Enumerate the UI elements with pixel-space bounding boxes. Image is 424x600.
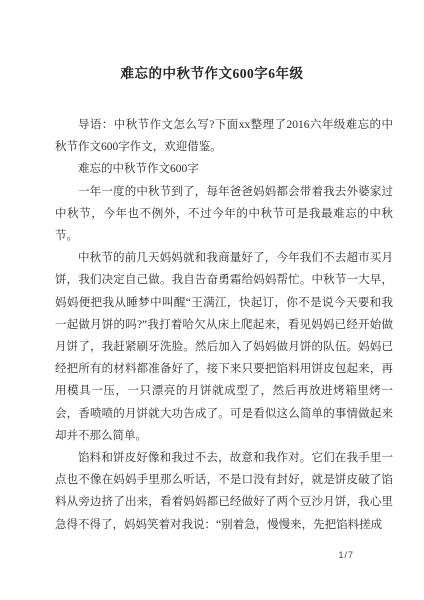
page-number: 1/7 <box>338 550 354 560</box>
paragraph: 导语：中秋节作文怎么写?下面xx整理了2016六年级难忘的中秋节作文600字作文… <box>55 114 393 158</box>
paragraph: 中秋节的前几天妈妈就和我商量好了，今年我们不去超市买月饼，我们决定自己做。我自告… <box>55 247 393 447</box>
essay-body: 导语：中秋节作文怎么写?下面xx整理了2016六年级难忘的中秋节作文600字作文… <box>55 114 393 536</box>
document-page: 难忘的中秋节作文600字6年级 导语：中秋节作文怎么写?下面xx整理了2016六… <box>0 0 424 600</box>
paragraph: 难忘的中秋节作文600字 <box>55 158 393 180</box>
paragraph: 一年一度的中秋节到了，每年爸爸妈妈都会带着我去外婆家过中秋节，今年也不例外，不过… <box>55 181 393 248</box>
paragraph: 馅料和饼皮好像和我过不去，故意和我作对。它们在我手里一点也不像在妈妈手里那么听话… <box>55 447 393 536</box>
page-title: 难忘的中秋节作文600字6年级 <box>30 62 394 82</box>
